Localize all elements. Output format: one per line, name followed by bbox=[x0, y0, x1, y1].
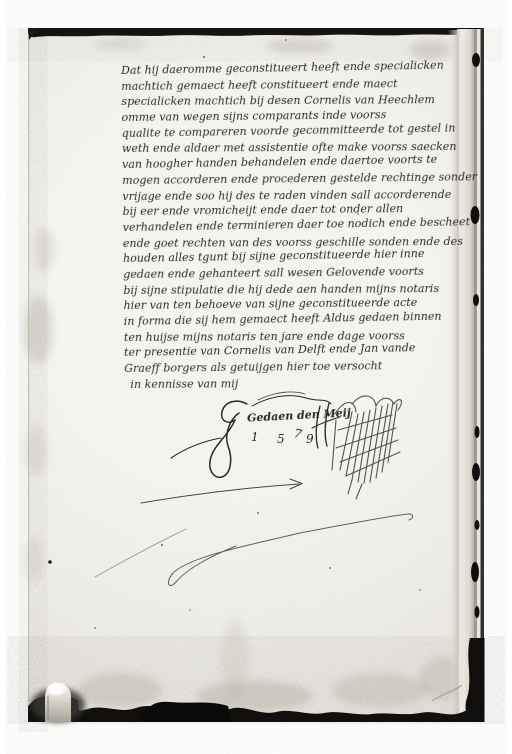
handwriting-line: mogen accorderen ende procederen gesteld… bbox=[122, 169, 464, 188]
handwriting-line: gedaen ende gehanteert sall wesen Gelove… bbox=[123, 263, 465, 282]
handwriting-line: in kennisse van mij bbox=[124, 375, 466, 393]
year-digit-1: 1 bbox=[251, 430, 259, 444]
handwritten-text-block: Dat hij daeromme geconstitueert heeft en… bbox=[121, 59, 466, 392]
manuscript-scan: Dat hij daeromme geconstitueert heeft en… bbox=[0, 0, 512, 754]
year-digit-2: 5 bbox=[277, 432, 285, 446]
year-digit-4: 9 bbox=[306, 432, 314, 446]
handwriting-line: Graeff borgers als getuijgen hier toe ve… bbox=[124, 357, 466, 376]
